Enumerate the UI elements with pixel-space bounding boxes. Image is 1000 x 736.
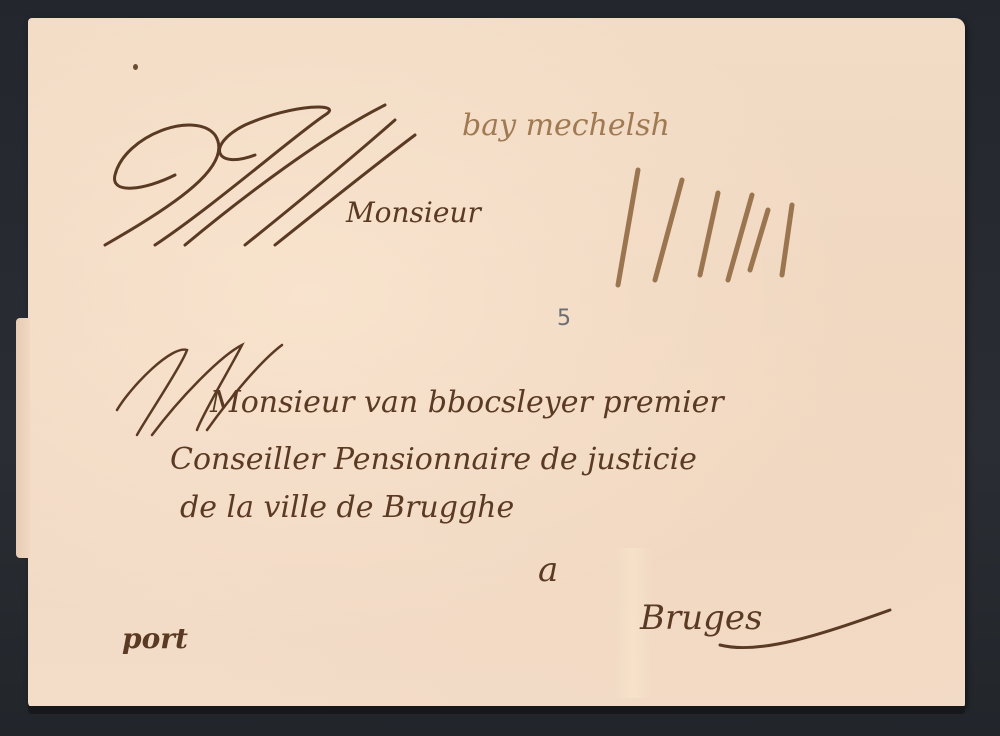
salutation-monsieur: Monsieur bbox=[346, 196, 481, 229]
rate-tally-marks-icon bbox=[610, 165, 800, 290]
city-underline-swash-icon bbox=[700, 600, 900, 660]
pencil-number: 5 bbox=[557, 306, 571, 331]
routing-note: bay mechelsh bbox=[462, 108, 670, 143]
port-mark: port bbox=[122, 622, 188, 655]
address-line-3: de la ville de Brugghe bbox=[180, 490, 514, 525]
ink-speck bbox=[133, 64, 138, 70]
address-preposition: a bbox=[538, 550, 558, 590]
calligraphic-flourish-icon bbox=[95, 95, 435, 265]
address-line-1: Monsieur van bbocsleyer premier bbox=[210, 385, 724, 420]
address-line-2: Conseiller Pensionnaire de justicie bbox=[170, 442, 697, 477]
